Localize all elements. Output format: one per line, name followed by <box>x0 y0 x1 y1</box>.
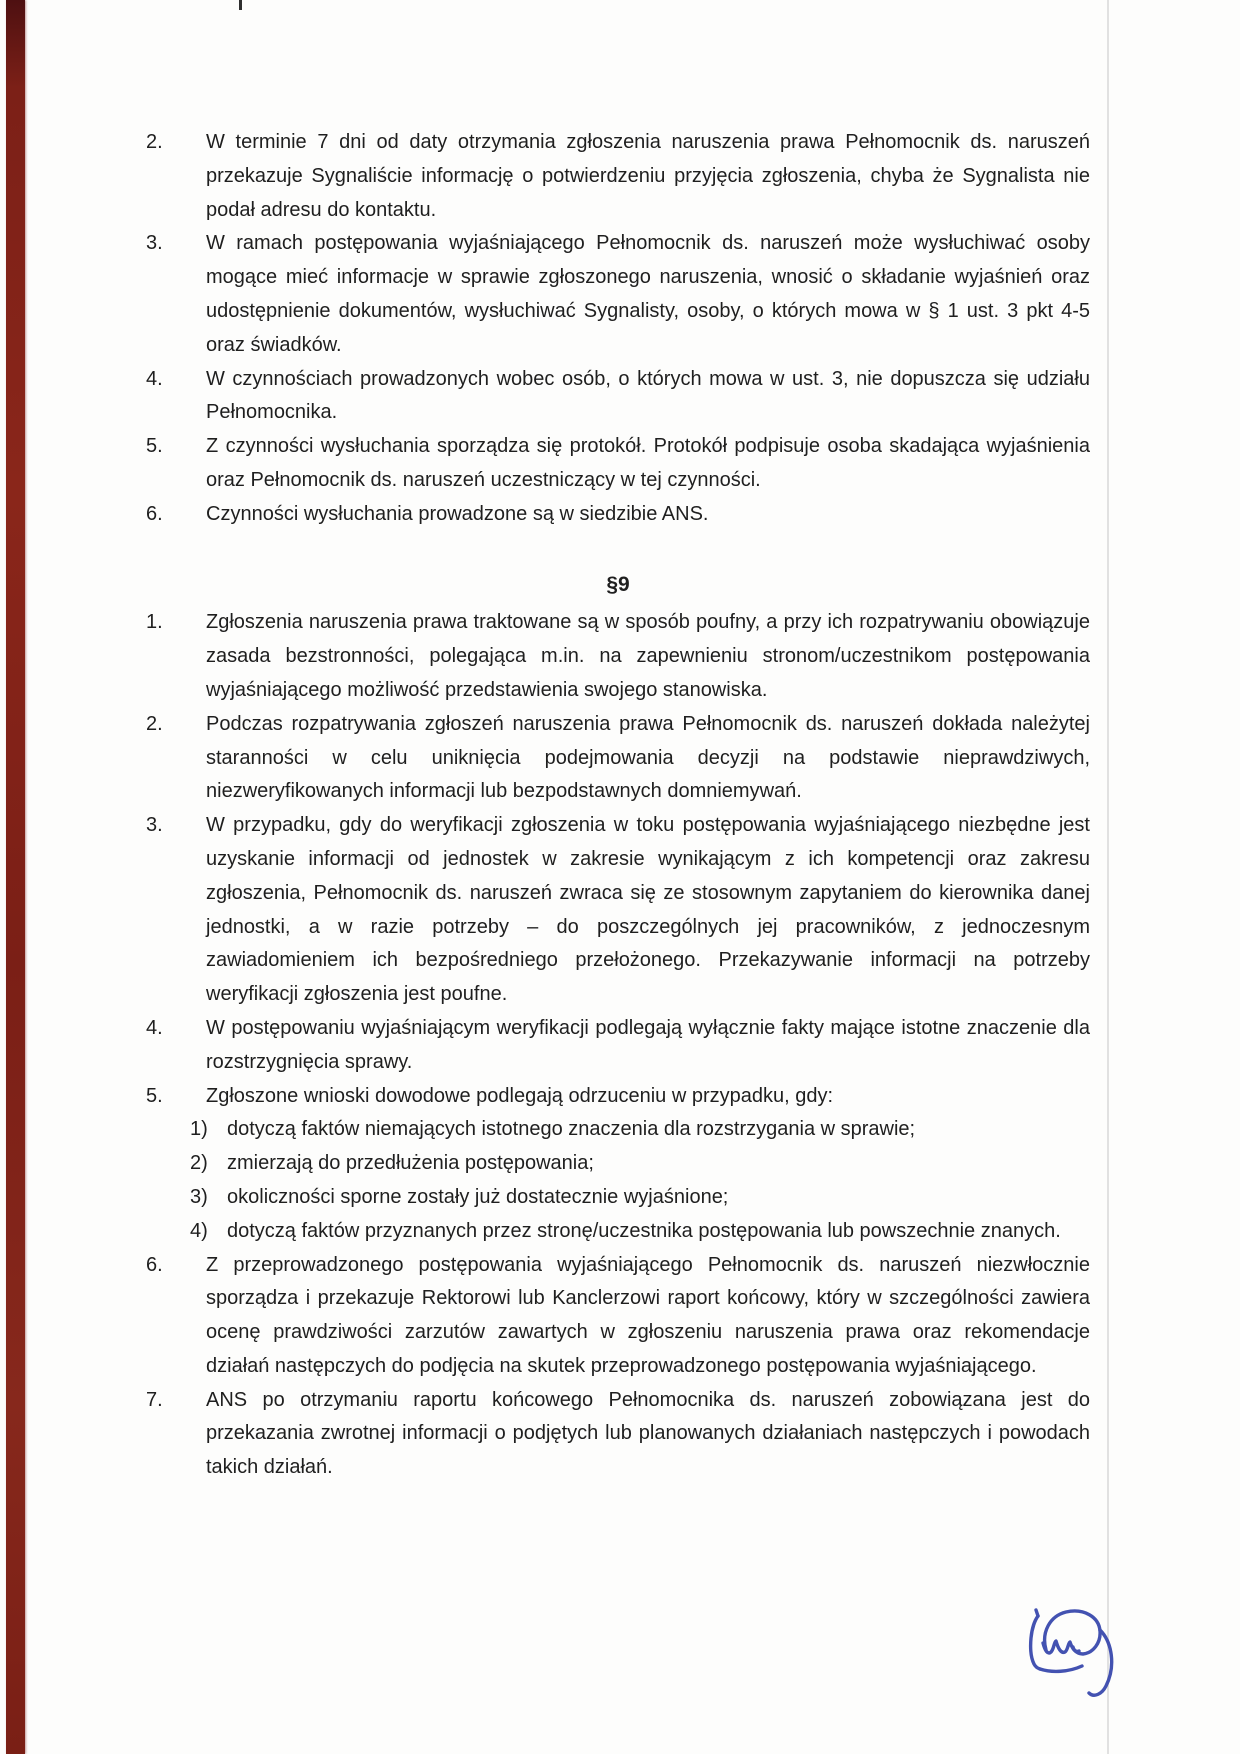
list-item: 6. Z przeprowadzonego postępowania wyjaś… <box>146 1249 1090 1384</box>
item-text: Czynności wysłuchania prowadzone są w si… <box>206 498 1090 532</box>
sub-item-number: 1) <box>190 1113 227 1147</box>
list-item: 6. Czynności wysłuchania prowadzone są w… <box>146 498 1090 532</box>
list-item: 3. W przypadku, gdy do weryfikacji zgłos… <box>146 809 1090 1012</box>
item-text: W postępowaniu wyjaśniającym weryfikacji… <box>206 1012 1090 1080</box>
sub-list-item: 3) okoliczności sporne zostały już dosta… <box>190 1181 1090 1215</box>
sub-item-text: okoliczności sporne zostały już dostatec… <box>227 1181 1090 1215</box>
document-body: 2. W terminie 7 dni od daty otrzymania z… <box>146 126 1090 1485</box>
list-item: 2. Podczas rozpatrywania zgłoszeń narusz… <box>146 708 1090 809</box>
sub-item-text: dotyczą faktów niemających istotnego zna… <box>227 1113 1090 1147</box>
item-text: W czynnościach prowadzonych wobec osób, … <box>206 363 1090 431</box>
item-text: Podczas rozpatrywania zgłoszeń naruszeni… <box>206 708 1090 809</box>
scanned-page: 2. W terminie 7 dni od daty otrzymania z… <box>0 0 1240 1754</box>
sub-item-text: dotyczą faktów przyznanych przez stronę/… <box>227 1215 1090 1249</box>
sub-item-number: 2) <box>190 1147 227 1181</box>
sub-item-text: zmierzają do przedłużenia postępowania; <box>227 1147 1090 1181</box>
item-text: Z czynności wysłuchania sporządza się pr… <box>206 430 1090 498</box>
page-edge-line <box>1107 0 1109 1754</box>
item-number: 6. <box>146 498 206 532</box>
item-number: 6. <box>146 1249 206 1384</box>
sub-item-number: 3) <box>190 1181 227 1215</box>
item-number: 4. <box>146 1012 206 1080</box>
scan-top-tick <box>239 0 242 10</box>
list-item: 3. W ramach postępowania wyjaśniającego … <box>146 227 1090 362</box>
list-item: 7. ANS po otrzymaniu raportu końcowego P… <box>146 1384 1090 1485</box>
list-item: 4. W postępowaniu wyjaśniającym weryfika… <box>146 1012 1090 1080</box>
item-text: Zgłoszenia naruszenia prawa traktowane s… <box>206 606 1090 707</box>
item-number: 3. <box>146 227 206 362</box>
item-text: W ramach postępowania wyjaśniającego Peł… <box>206 227 1090 362</box>
handwritten-signature-icon <box>1008 1592 1148 1712</box>
scan-binding-strip <box>6 0 25 1754</box>
list-item: 5. Zgłoszone wnioski dowodowe podlegają … <box>146 1080 1090 1114</box>
item-number: 7. <box>146 1384 206 1485</box>
item-number: 5. <box>146 1080 206 1114</box>
item-text: Z przeprowadzonego postępowania wyjaśnia… <box>206 1249 1090 1384</box>
item-number: 4. <box>146 363 206 431</box>
item-text: Zgłoszone wnioski dowodowe podlegają odr… <box>206 1080 1090 1114</box>
item-number: 2. <box>146 708 206 809</box>
section9-header: §9 <box>146 568 1090 602</box>
item-number: 3. <box>146 809 206 1012</box>
sub-list-item: 2) zmierzają do przedłużenia postępowani… <box>190 1147 1090 1181</box>
item-number: 1. <box>146 606 206 707</box>
item-text: W terminie 7 dni od daty otrzymania zgło… <box>206 126 1090 227</box>
item-text: W przypadku, gdy do weryfikacji zgłoszen… <box>206 809 1090 1012</box>
list-item: 5. Z czynności wysłuchania sporządza się… <box>146 430 1090 498</box>
item-number: 2. <box>146 126 206 227</box>
sub-item-number: 4) <box>190 1215 227 1249</box>
item-number: 5. <box>146 430 206 498</box>
sub-list-item: 4) dotyczą faktów przyznanych przez stro… <box>190 1215 1090 1249</box>
sub-list-item: 1) dotyczą faktów niemających istotnego … <box>190 1113 1090 1147</box>
list-item: 4. W czynnościach prowadzonych wobec osó… <box>146 363 1090 431</box>
item-text: ANS po otrzymaniu raportu końcowego Pełn… <box>206 1384 1090 1485</box>
list-item: 2. W terminie 7 dni od daty otrzymania z… <box>146 126 1090 227</box>
list-item: 1. Zgłoszenia naruszenia prawa traktowan… <box>146 606 1090 707</box>
